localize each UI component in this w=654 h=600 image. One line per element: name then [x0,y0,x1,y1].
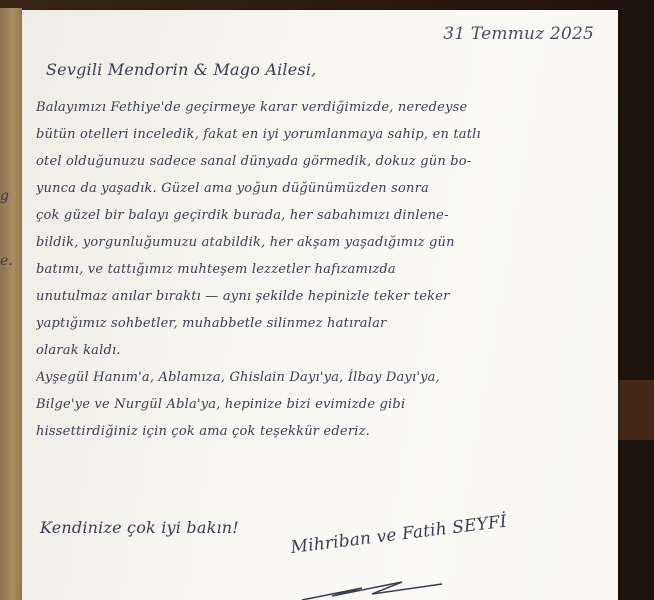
body-line: hissettirdiğiniz için çok ama çok teşekk… [36,418,606,445]
body-line: yunca da yaşadık. Güzel ama yoğun düğünü… [36,175,606,202]
body-line: otel olduğunuzu sadece sanal dünyada gör… [36,148,606,175]
body-line: Bilge'ye ve Nurgül Abla'ya, hepinize biz… [36,391,606,418]
body-line: çok güzel bir balayı geçirdik burada, he… [36,202,606,229]
signature-flourish-icon [292,570,492,600]
body-line: unutulmaz anılar bıraktı — aynı şekilde … [36,283,606,310]
body-line: olarak kaldı. [36,337,606,364]
body-line: batımı, ve tattığımız muhteşem lezzetler… [36,256,606,283]
letter-salutation: Sevgili Mendorin & Mago Ailesi, [46,60,316,79]
body-line: Ayşegül Hanım'a, Ablamıza, Ghislain Dayı… [36,364,606,391]
letter-body: Balayımızı Fethiye'de geçirmeye karar ve… [36,94,606,445]
body-line: bildik, yorgunluğumuzu atabildik, her ak… [36,229,606,256]
letter-closing: Kendinize çok iyi bakın! [40,518,239,537]
body-line: bütün otelleri inceledik, fakat en iyi y… [36,121,606,148]
adjacent-page-handwriting: g e. [0,8,22,600]
letter-date: 31 Temmuz 2025 [443,24,594,44]
body-line: yaptığımız sohbetler, muhabbetle silinme… [36,310,606,337]
letter-signature: Mihriban ve Fatih SEYFİ [290,512,508,558]
body-line: Balayımızı Fethiye'de geçirmeye karar ve… [36,94,606,121]
adjacent-page-edge: g e. [0,8,22,600]
letter-page: 31 Temmuz 2025 Sevgili Mendorin & Mago A… [22,10,618,600]
